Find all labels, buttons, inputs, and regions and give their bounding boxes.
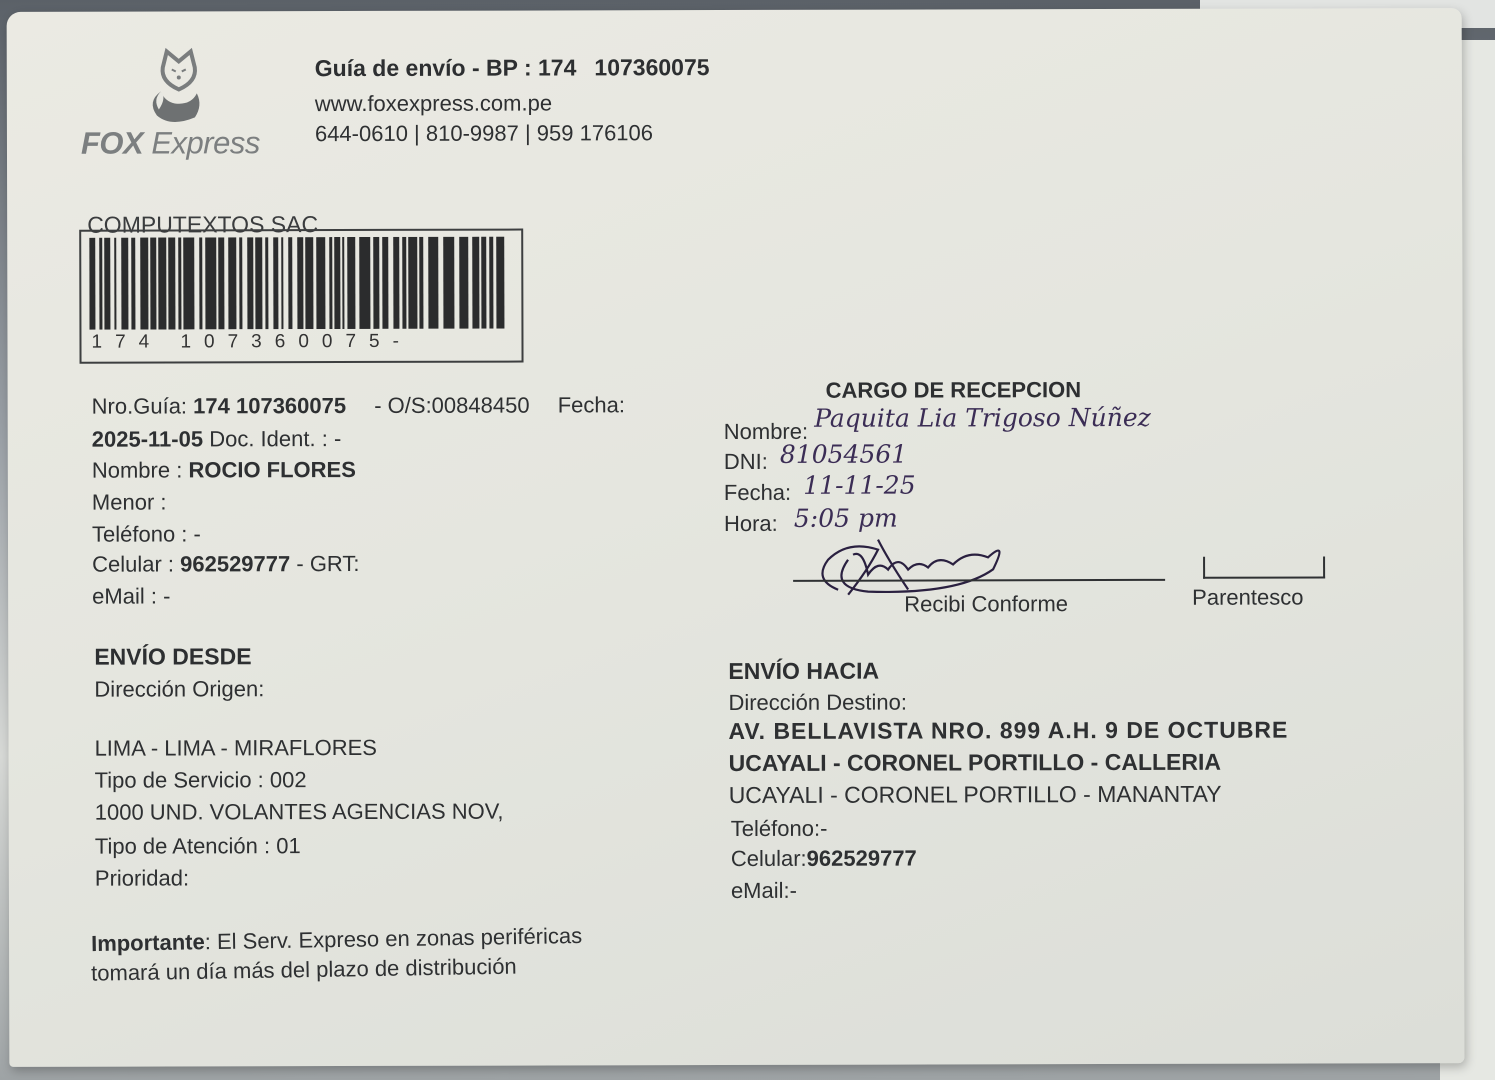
celular-value: 962529777 [180, 551, 290, 576]
destination-address-line1: AV. BELLAVISTA NRO. 899 A.H. 9 DE OCTUBR… [728, 717, 1288, 745]
notice-text-line2: tomará un día más del plazo de distribuc… [91, 954, 517, 987]
nombre-value: ROCIO FLORES [188, 457, 356, 482]
grt-field: - GRT: [296, 551, 359, 576]
nombre-label: Nombre : [92, 457, 183, 482]
destination-celular-row: Celular:962529777 [731, 846, 917, 872]
cargo-title: CARGO DE RECEPCION [826, 377, 1082, 404]
cargo-hora-label: Hora: [724, 511, 778, 536]
celular-label: Celular : [92, 551, 174, 576]
cargo-dni-label: DNI: [724, 449, 768, 474]
order-service: - O/S:00848450 [374, 393, 529, 418]
recibi-conforme-label: Recibi Conforme [904, 591, 1068, 617]
priority: Prioridad: [95, 865, 189, 891]
fecha-label: Fecha: [558, 392, 625, 417]
nombre-row: Nombre : ROCIO FLORES [92, 457, 356, 484]
cargo-fecha-label: Fecha: [724, 480, 791, 505]
cargo-dni-handwritten: 81054561 [780, 440, 907, 469]
origin-location: LIMA - LIMA - MIRAFLORES [95, 735, 377, 762]
destination-celular-value: 962529777 [807, 846, 917, 871]
attention-type: Tipo de Atención : 01 [95, 833, 301, 860]
celular-row: Celular : 962529777 - GRT: [92, 551, 360, 578]
email-field: eMail : - [92, 583, 170, 609]
destination-address-line3: UCAYALI - CORONEL PORTILLO - MANANTAY [729, 781, 1222, 809]
destination-title: ENVÍO HACIA [728, 658, 879, 685]
cargo-nombre-handwritten: Paquita Lia Trigoso Núñez [814, 403, 1151, 433]
barcode-bars [89, 237, 509, 330]
parentesco-bracket-left [1203, 557, 1205, 579]
origin-address-label: Dirección Origen: [94, 676, 264, 702]
cargo-fecha-row: Fecha: 11-11-25 [724, 477, 916, 507]
parentesco-line [1203, 576, 1325, 578]
parentesco-bracket-right [1323, 556, 1325, 578]
service-type: Tipo de Servicio : 002 [95, 767, 307, 794]
shipment-description: 1000 UND. VOLANTES AGENCIAS NOV, [95, 799, 504, 826]
brand-fox: FOX [81, 126, 143, 161]
guide-title-label: Guía de envío - BP : 174 [315, 54, 577, 81]
destination-celular-label: Celular: [731, 846, 807, 871]
telefono-field: Teléfono : - [92, 521, 201, 547]
destination-telefono: Teléfono:- [731, 816, 828, 842]
notice-label: Importante [91, 929, 205, 956]
cargo-fecha-handwritten: 11-11-25 [803, 471, 915, 500]
barcode-digits: 174 107360075- [91, 331, 511, 354]
brand-express: Express [151, 125, 260, 160]
cargo-hora-handwritten: 5:05 pm [794, 504, 898, 533]
destination-address-line2: UCAYALI - CORONEL PORTILLO - CALLERIA [729, 749, 1221, 777]
fox-icon [141, 47, 221, 127]
important-notice: Importante: El Serv. Expreso en zonas pe… [91, 923, 582, 957]
menor-field: Menor : [92, 489, 167, 515]
destination-email: eMail:- [731, 878, 797, 904]
website-link[interactable]: www.foxexpress.com.pe [315, 90, 552, 117]
doc-ident: Doc. Ident. : - [209, 426, 341, 451]
destination-address-label: Dirección Destino: [728, 690, 907, 716]
nro-guia-value: 174 107360075 [193, 393, 346, 418]
fecha-value: 2025-11-05 [92, 426, 203, 451]
barcode: 174 107360075- [79, 229, 523, 364]
guide-number: 107360075 [594, 54, 709, 80]
fecha-doc-row: 2025-11-05 Doc. Ident. : - [92, 426, 342, 453]
nro-guia-label: Nro.Guía: [92, 393, 187, 418]
notice-text-line1: : El Serv. Expreso en zonas periféricas [205, 923, 583, 954]
origin-title: ENVÍO DESDE [94, 643, 251, 670]
guide-header-title: Guía de envío - BP : 174107360075 [315, 54, 710, 82]
shipping-waybill: FOX Express Guía de envío - BP : 1741073… [7, 8, 1465, 1067]
contact-phones: 644-0610 | 810-9987 | 959 176106 [315, 120, 653, 147]
fox-express-logo: FOX Express [79, 47, 299, 168]
parentesco-label: Parentesco [1192, 585, 1303, 611]
nro-guia-row: Nro.Guía: 174 107360075 - O/S:00848450 F… [92, 392, 625, 419]
